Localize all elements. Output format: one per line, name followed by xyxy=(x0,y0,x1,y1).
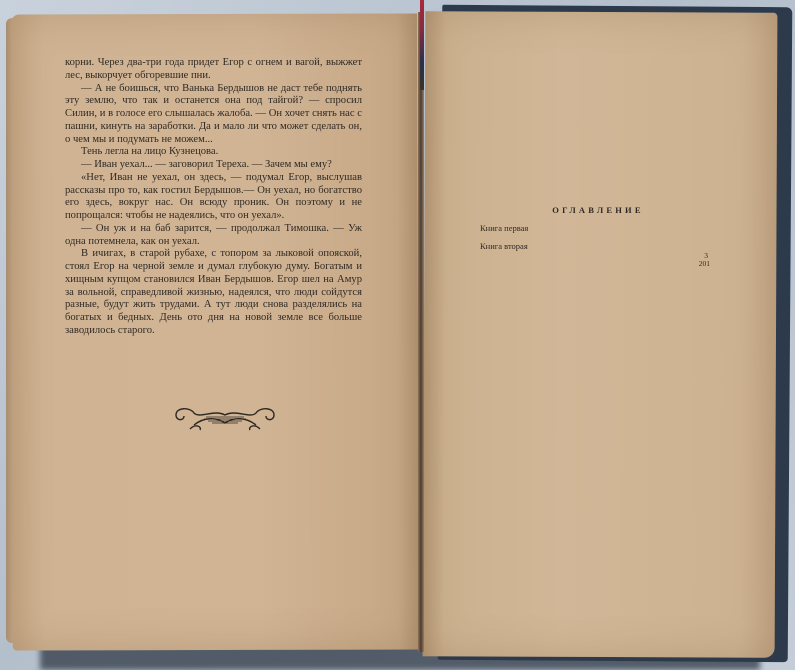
paragraph: Тень легла на лицо Кузнецова. xyxy=(65,146,362,159)
toc-entry-label: Книга первая xyxy=(480,223,528,233)
paragraph: — Иван уехал... — заговорил Тереха. — За… xyxy=(65,159,362,172)
toc-title: ОГЛАВЛЕНИЕ xyxy=(538,205,658,215)
toc-entry: 201 xyxy=(480,259,720,275)
toc-entry: Книга вторая 3 xyxy=(480,241,720,257)
table-of-contents: ОГЛАВЛЕНИЕ Книга первая Книга вторая 3 2… xyxy=(480,205,720,275)
toc-entry-label: Книга вторая xyxy=(480,241,528,251)
bookmark-ribbon xyxy=(420,0,424,90)
paragraph: — Он уж и на баб зарится, — продолжал Ти… xyxy=(65,223,362,249)
paragraph: «Нет, Иван не уехал, он здесь, — подумал… xyxy=(65,172,362,223)
paragraph: — А не боишься, что Ванька Бердышов не д… xyxy=(65,83,362,147)
paragraph: В ичигах, в старой рубахе, с топором за … xyxy=(65,248,362,337)
toc-entry-page: 201 xyxy=(699,259,710,268)
paragraph: корни. Через два-три года придет Егор с … xyxy=(65,57,362,83)
right-page xyxy=(423,11,778,658)
toc-entry: Книга первая xyxy=(480,223,720,239)
ornament-icon xyxy=(170,405,280,431)
book-gutter xyxy=(418,12,424,652)
left-page-text: корни. Через два-три года придет Егор с … xyxy=(65,57,362,338)
